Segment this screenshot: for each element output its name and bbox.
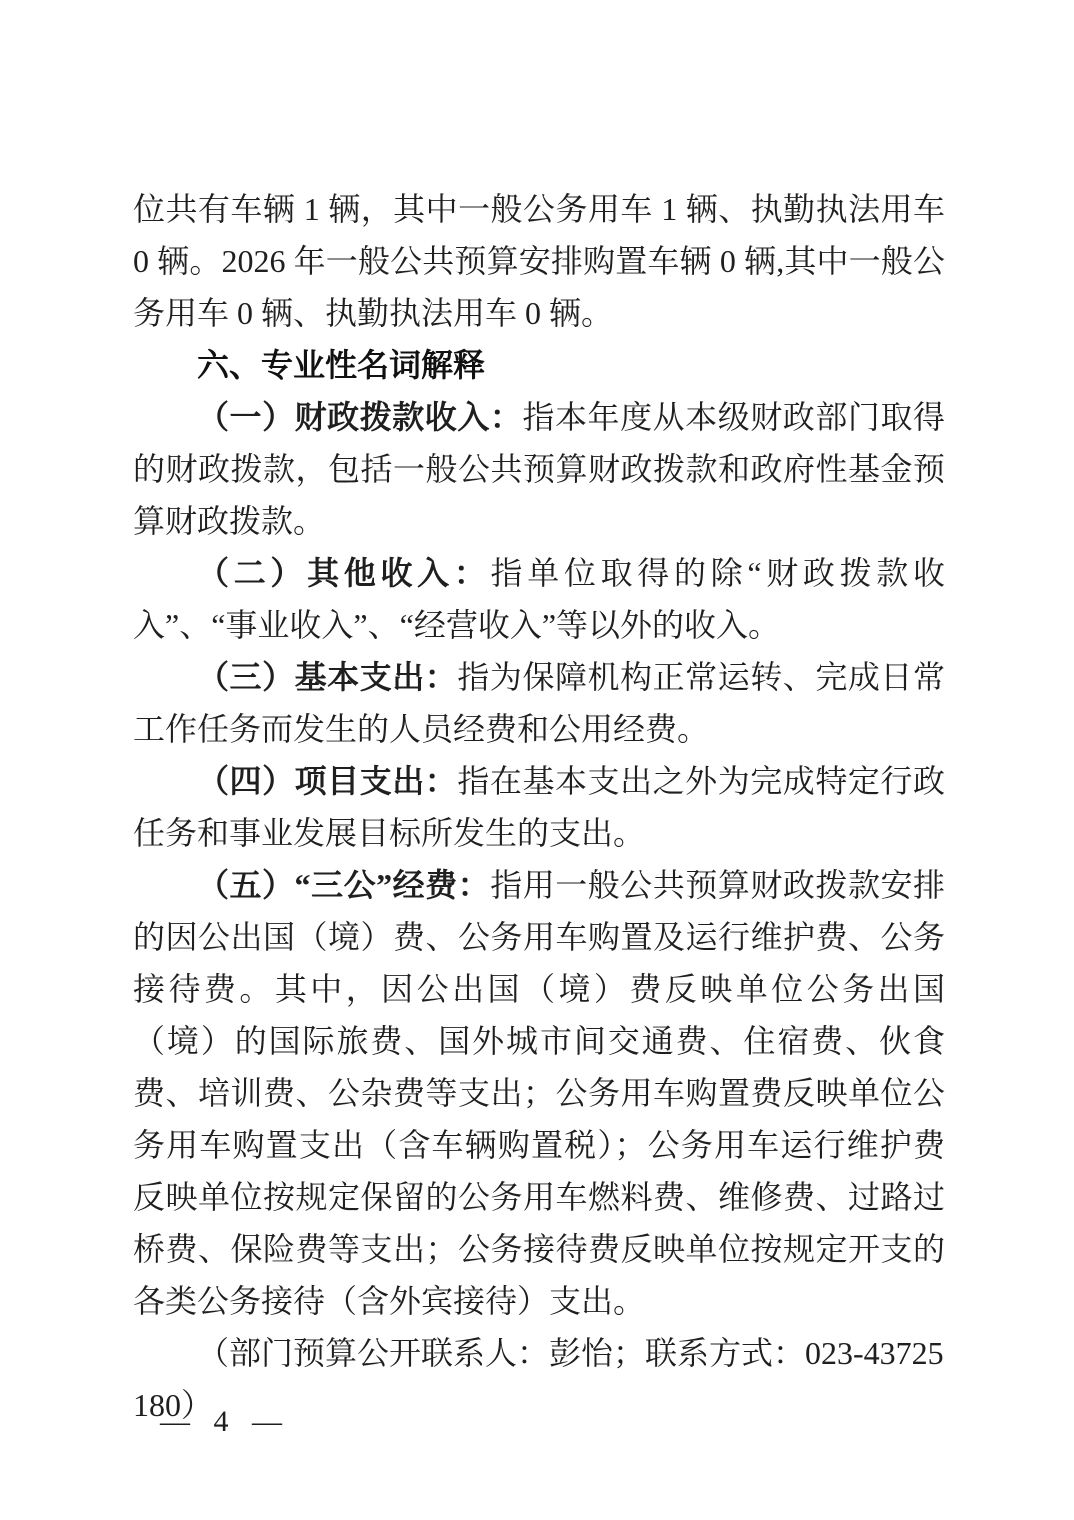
document-page: 位共有车辆 1 辆，其中一般公务用车 1 辆、执勤执法用车 0 辆。2026 年… [0,0,1074,1520]
page-number: — 4 — [160,1404,290,1440]
term-lead: （三）基本支出： [197,659,457,695]
section-heading-terms: 六、专业性名词解释 [133,339,945,391]
term-basic-expenditure: （三）基本支出：指为保障机构正常运转、完成日常工作任务而发生的人员经费和公用经费… [133,651,945,755]
term-lead: （四）项目支出： [197,763,457,799]
term-fiscal-appropriation-income: （一）财政拨款收入：指本年度从本级财政部门取得的财政拨款，包括一般公共预算财政拨… [133,391,945,547]
term-other-income: （二）其他收入：指单位取得的除“财政拨款收入”、“事业收入”、“经营收入”等以外… [133,547,945,651]
term-project-expenditure: （四）项目支出：指在基本支出之外为完成特定行政任务和事业发展目标所发生的支出。 [133,755,945,859]
term-lead: （二）其他收入： [197,555,491,591]
term-three-public-funds: （五）“三公”经费：指用一般公共预算财政拨款安排的因公出国（境）费、公务用车购置… [133,859,945,1327]
paragraph-vehicle-continuation: 位共有车辆 1 辆，其中一般公务用车 1 辆、执勤执法用车 0 辆。2026 年… [133,183,945,339]
term-body: 指用一般公共预算财政拨款安排的因公出国（境）费、公务用车购置及运行维护费、公务接… [133,867,945,1319]
term-lead: （五）“三公”经费： [197,867,490,903]
term-lead: （一）财政拨款收入： [197,399,522,435]
